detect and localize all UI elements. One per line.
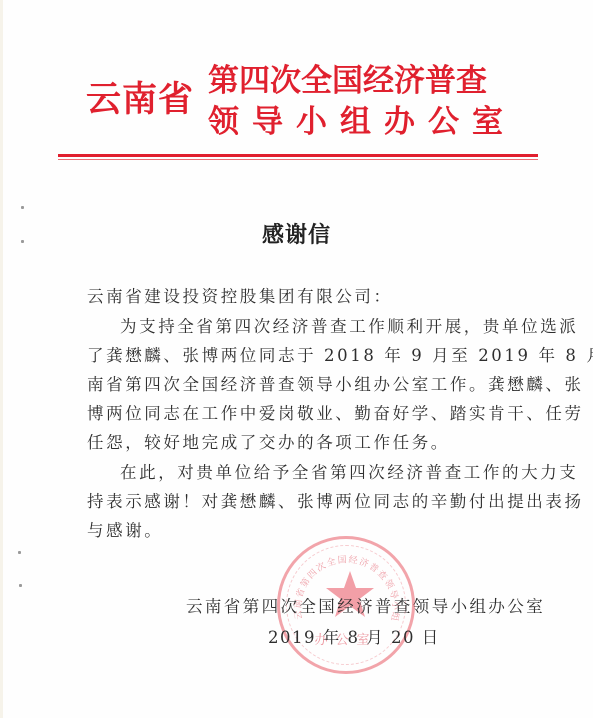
letterhead-org-line2: 领导小组办公室 <box>208 103 516 141</box>
binding-mark <box>18 551 21 554</box>
letter-page: 云南省 第四次全国经济普查 领导小组办公室 感谢信 云南省建设投资控股集团有限公… <box>0 0 593 718</box>
letter-title: 感谢信 <box>0 220 593 250</box>
paragraph-1-line: 南省第四次全国经济普查领导小组办公室工作。龚懋麟、张 <box>87 374 584 396</box>
paragraph-1-line: 任怨，较好地完成了交办的各项工作任务。 <box>87 432 450 454</box>
binding-mark <box>19 584 22 587</box>
paragraph-1-line: 为支持全省第四次经济普查工作顺利开展，贵单位选派 <box>120 316 578 338</box>
letterhead-org-line1: 第四次全国经济普查 <box>208 62 487 100</box>
signature-organization: 云南省第四次全国经济普查领导小组办公室 <box>186 596 545 618</box>
letterhead-province: 云南省 <box>86 80 194 120</box>
paragraph-1-line: 博两位同志在工作中爱岗敬业、勤奋好学、踏实肯干、任劳 <box>87 403 584 425</box>
letterhead-rule-thin <box>58 159 538 160</box>
paragraph-2-line: 持表示感谢！对龚懋麟、张博两位同志的辛勤付出提出表扬 <box>87 491 584 513</box>
letterhead-rule <box>58 154 538 157</box>
binding-mark <box>21 206 24 209</box>
salutation: 云南省建设投资控股集团有限公司： <box>87 286 393 308</box>
paragraph-2-line: 在此，对贵单位给予全省第四次经济普查工作的大力支 <box>120 462 578 484</box>
page-edge <box>0 0 3 718</box>
paragraph-1-line: 了龚懋麟、张博两位同志于 2018 年 9 月至 2019 年 8 月到云 <box>87 345 593 367</box>
paragraph-2-line: 与感谢。 <box>87 520 163 542</box>
signature-date: 2019 年 8 月 20 日 <box>268 627 440 649</box>
